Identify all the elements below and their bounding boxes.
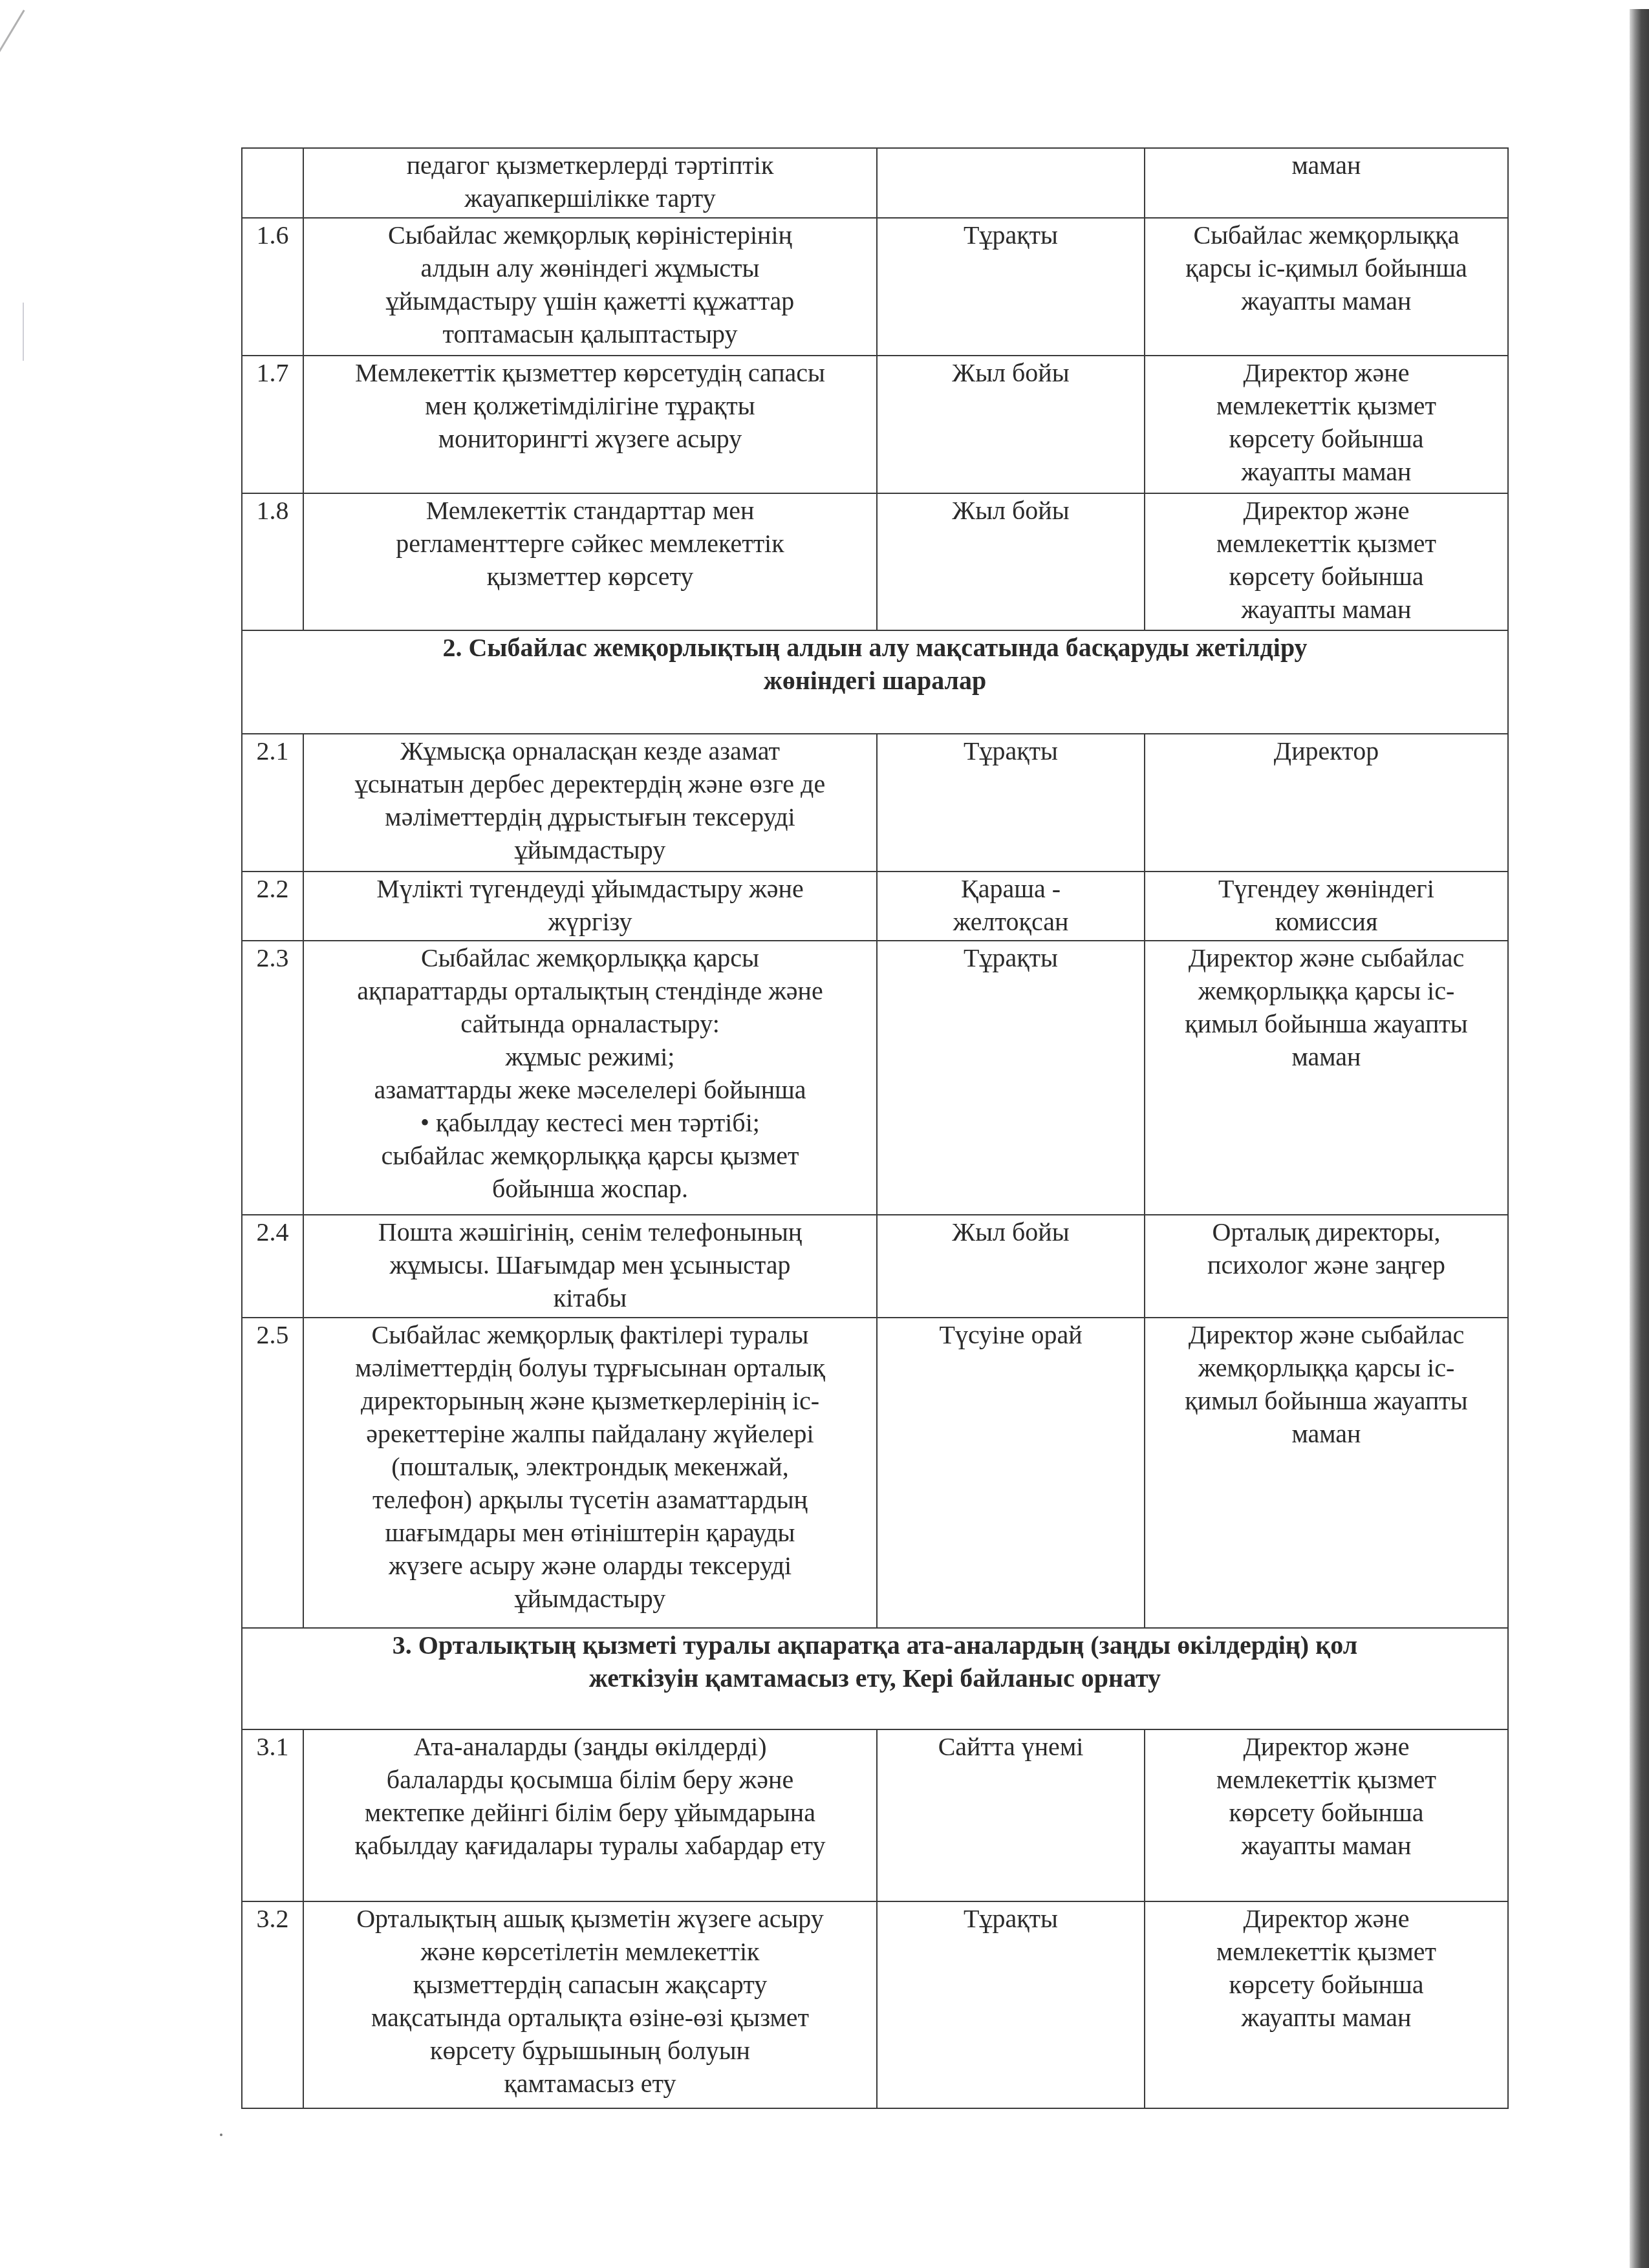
responsible-line: Директор және [1149,494,1503,527]
activity-line: жұмысы. Шағымдар мен ұсыныстар [308,1248,872,1281]
plan-table-body: педагог қызметкерлерді тәртіптікжауапкер… [242,148,1508,2108]
table-row: 2.3Сыбайлас жемқорлыққа қарсыақпараттард… [242,941,1508,1215]
responsible-line: көрсету бойынша [1149,422,1503,455]
timing-cell: Сайтта үнемі [877,1729,1145,1901]
timing-line: Тұрақты [881,941,1140,974]
section-heading: 3. Орталықтың қызметі туралы ақпаратқа а… [242,1628,1508,1729]
responsible-line: маман [1149,1040,1503,1073]
activity-line: ұйымдастыру [308,1582,872,1615]
responsible-line: Директор және сыбайлас [1149,941,1503,974]
activity-line: Пошта жәшігінің, сенім телефонының [308,1215,872,1248]
activity-line: Жұмысқа орналасқан кезде азамат [308,734,872,767]
activity-line: азаматтарды жеке мәселелері бойынша [308,1073,872,1106]
activity-line: сайтында орналастыру: [308,1007,872,1040]
item-number: 2.1 [242,734,303,872]
activity-line: ақпараттарды орталықтың стендінде және [308,974,872,1007]
activity-line: жұмыс режимі; [308,1040,872,1073]
responsible-line: Орталық директоры, [1149,1215,1503,1248]
section-heading: 2. Сыбайлас жемқорлықтың алдын алу мақса… [242,630,1508,734]
table-row: 3.2Орталықтың ашық қызметін жүзеге асыру… [242,1901,1508,2108]
table-row: 3.1Ата-аналарды (заңды өкілдерді)балалар… [242,1729,1508,1901]
activity-line: телефон) арқылы түсетін азаматтардың [308,1483,872,1516]
activity-line: директорының және қызметкерлерінің іс- [308,1384,872,1417]
timing-line: Тұрақты [881,734,1140,767]
table-row: 2.4Пошта жәшігінің, сенім телефоныныңжұм… [242,1215,1508,1318]
activity-line: • қабылдау кестесі мен тәртібі; [308,1106,872,1139]
responsible-cell: Түгендеу жөніндегікомиссия [1145,872,1508,941]
timing-line: Тұрақты [881,219,1140,251]
responsible-line: жауапты маман [1149,284,1503,317]
responsible-line: Түгендеу жөніндегі [1149,872,1503,905]
anti-corruption-plan-table: педагог қызметкерлерді тәртіптікжауапкер… [241,147,1509,2109]
paper-crease-line [0,10,25,299]
timing-line: Жыл бойы [881,494,1140,527]
activity-line: ұйымдастыру [308,833,872,866]
item-number: 3.2 [242,1901,303,2108]
timing-cell: Түсуіне орай [877,1318,1145,1628]
responsible-line: қарсы іс-қимыл бойынша [1149,251,1503,284]
section-3-header: 3. Орталықтың қызметі туралы ақпаратқа а… [242,1628,1508,1729]
timing-cell: Жыл бойы [877,1215,1145,1318]
section-2-header: 2. Сыбайлас жемқорлықтың алдын алу мақса… [242,630,1508,734]
responsible-line: Директор және [1149,1902,1503,1935]
section-title-line: жөніндегі шаралар [246,664,1503,697]
responsible-line: мемлекеттік қызмет [1149,389,1503,422]
table-row: 2.2Мүлікті түгендеуді ұйымдастыру жәнежү… [242,872,1508,941]
timing-line: Сайтта үнемі [881,1730,1140,1763]
table-row: 2.1Жұмысқа орналасқан кезде азаматұсынат… [242,734,1508,872]
responsible-cell: Директор жәнемемлекеттік қызметкөрсету б… [1145,1901,1508,2108]
activity-line: Мемлекеттік қызметтер көрсетудің сапасы [308,356,872,389]
activity-line: мониторингті жүзеге асыру [308,422,872,455]
activity-line: ұйымдастыру үшін қажетті құжаттар [308,284,872,317]
item-number: 2.4 [242,1215,303,1318]
table-row: 1.6Сыбайлас жемқорлық көріністерініңалды… [242,218,1508,356]
responsible-cell: Директор [1145,734,1508,872]
responsible-line: жауапты маман [1149,455,1503,488]
item-number: 1.6 [242,218,303,356]
scan-speck [220,2134,222,2136]
responsible-cell: Директор жәнемемлекеттік қызметкөрсету б… [1145,356,1508,493]
activity-line: жауапкершілікке тарту [308,182,872,215]
responsible-line: жемқорлыққа қарсы іс- [1149,1351,1503,1384]
activity-line: балаларды қосымша білім беру және [308,1763,872,1796]
activity-line: Сыбайлас жемқорлыққа қарсы [308,941,872,974]
responsible-line: мемлекеттік қызмет [1149,1763,1503,1796]
timing-line: желтоқсан [881,905,1140,938]
responsible-line: мемлекеттік қызмет [1149,527,1503,560]
activity-line: Ата-аналарды (заңды өкілдерді) [308,1730,872,1763]
activity-line: әрекеттеріне жалпы пайдалану жүйелері [308,1417,872,1450]
activity-line: Мемлекеттік стандарттар мен [308,494,872,527]
responsible-line: көрсету бойынша [1149,1968,1503,2001]
activity-line: бойынша жоспар. [308,1172,872,1205]
timing-cell: Жыл бойы [877,356,1145,493]
activity-line: мақсатында орталықта өзіне-өзі қызмет [308,2001,872,2034]
paper-crease-tail [23,303,24,361]
activity-line: және көрсетілетін мемлекеттік [308,1935,872,1968]
responsible-line: Директор [1149,734,1503,767]
responsible-cell: Директор жәнемемлекеттік қызметкөрсету б… [1145,1729,1508,1901]
activity-line: регламенттерге сәйкес мемлекеттік [308,527,872,560]
responsible-cell: Сыбайлас жемқорлыққақарсы іс-қимыл бойын… [1145,218,1508,356]
activity-line: алдын алу жөніндегі жұмысты [308,251,872,284]
section-title-line: жеткізуін қамтамасыз ету, Кері байланыс … [246,1662,1503,1695]
activity-line: мәліметтердің болуы тұрғысынан орталық [308,1351,872,1384]
activity-cell: Сыбайлас жемқорлыққа қарсыақпараттарды о… [303,941,877,1215]
timing-cell: Тұрақты [877,941,1145,1215]
activity-line: көрсету бұрышының болуын [308,2034,872,2067]
item-number [242,148,303,218]
responsible-cell: маман [1145,148,1508,218]
responsible-line: Директор және [1149,356,1503,389]
responsible-line: Сыбайлас жемқорлыққа [1149,219,1503,251]
activity-line: Орталықтың ашық қызметін жүзеге асыру [308,1902,872,1935]
responsible-cell: Директор және сыбайласжемқорлыққа қарсы … [1145,1318,1508,1628]
activity-line: мектепке дейінгі білім беру ұйымдарына [308,1796,872,1829]
activity-cell: Ата-аналарды (заңды өкілдерді)балаларды … [303,1729,877,1901]
activity-line: жүзеге асыру және оларды тексеруді [308,1549,872,1582]
activity-line: шағымдары мен өтініштерін қарауды [308,1516,872,1549]
section-title-line: 2. Сыбайлас жемқорлықтың алдын алу мақса… [246,631,1503,664]
scanner-shadow-edge [1630,9,1649,2268]
activity-cell: Мүлікті түгендеуді ұйымдастыру жәнежүргі… [303,872,877,941]
timing-cell: Тұрақты [877,1901,1145,2108]
activity-cell: Сыбайлас жемқорлық фактілері туралымәлім… [303,1318,877,1628]
timing-cell: Тұрақты [877,734,1145,872]
activity-line: қамтамасыз ету [308,2067,872,2100]
activity-line: педагог қызметкерлерді тәртіптік [308,149,872,182]
activity-line: Сыбайлас жемқорлық фактілері туралы [308,1318,872,1351]
responsible-cell: Директор жәнемемлекеттік қызметкөрсету б… [1145,493,1508,630]
responsible-cell: Орталық директоры,психолог және заңгер [1145,1215,1508,1318]
activity-cell: Мемлекеттік стандарттар менрегламенттерг… [303,493,877,630]
activity-line: қабылдау қағидалары туралы хабардар ету [308,1829,872,1862]
activity-line: қызметтер көрсету [308,560,872,593]
activity-line: кітабы [308,1281,872,1314]
item-number: 3.1 [242,1729,303,1901]
timing-cell: Тұрақты [877,218,1145,356]
activity-cell: Сыбайлас жемқорлық көріністерініңалдын а… [303,218,877,356]
activity-line: сыбайлас жемқорлыққа қарсы қызмет [308,1139,872,1172]
responsible-line: көрсету бойынша [1149,1796,1503,1829]
section-title-line: 3. Орталықтың қызметі туралы ақпаратқа а… [246,1629,1503,1662]
activity-line: топтамасын қалыптастыру [308,317,872,350]
activity-line: жүргізу [308,905,872,938]
item-number: 2.5 [242,1318,303,1628]
table-row: 1.7Мемлекеттік қызметтер көрсетудің сапа… [242,356,1508,493]
responsible-line: жауапты маман [1149,593,1503,626]
responsible-line: қимыл бойынша жауапты [1149,1384,1503,1417]
activity-line: мәліметтердің дұрыстығын тексеруді [308,800,872,833]
responsible-line: маман [1149,149,1503,182]
activity-cell: педагог қызметкерлерді тәртіптікжауапкер… [303,148,877,218]
timing-line: Жыл бойы [881,1215,1140,1248]
timing-line: Қараша - [881,872,1140,905]
responsible-line: психолог және заңгер [1149,1248,1503,1281]
responsible-line: Директор және [1149,1730,1503,1763]
responsible-line: жауапты маман [1149,1829,1503,1862]
timing-cell: Қараша -желтоқсан [877,872,1145,941]
timing-cell: Жыл бойы [877,493,1145,630]
table-row: 2.5Сыбайлас жемқорлық фактілері туралымә… [242,1318,1508,1628]
table-row: педагог қызметкерлерді тәртіптікжауапкер… [242,148,1508,218]
table-row: 1.8Мемлекеттік стандарттар менрегламентт… [242,493,1508,630]
activity-line: Мүлікті түгендеуді ұйымдастыру және [308,872,872,905]
activity-cell: Орталықтың ашық қызметін жүзеге асыружән… [303,1901,877,2108]
item-number: 1.7 [242,356,303,493]
item-number: 1.8 [242,493,303,630]
responsible-line: жемқорлыққа қарсы іс- [1149,974,1503,1007]
activity-line: қызметтердің сапасын жақсарту [308,1968,872,2001]
scan-top-margin [0,0,1649,9]
timing-line: Жыл бойы [881,356,1140,389]
timing-cell [877,148,1145,218]
activity-line: (пошталық, электрондық мекенжай, [308,1450,872,1483]
responsible-line: жауапты маман [1149,2001,1503,2034]
item-number: 2.2 [242,872,303,941]
responsible-line: маман [1149,1417,1503,1450]
activity-line: Сыбайлас жемқорлық көріністерінің [308,219,872,251]
responsible-line: комиссия [1149,905,1503,938]
activity-line: ұсынатын дербес деректердің және өзге де [308,767,872,800]
responsible-line: көрсету бойынша [1149,560,1503,593]
responsible-line: қимыл бойынша жауапты [1149,1007,1503,1040]
responsible-cell: Директор және сыбайласжемқорлыққа қарсы … [1145,941,1508,1215]
timing-line: Тұрақты [881,1902,1140,1935]
activity-cell: Пошта жәшігінің, сенім телефоныныңжұмысы… [303,1215,877,1318]
responsible-line: Директор және сыбайлас [1149,1318,1503,1351]
activity-cell: Жұмысқа орналасқан кезде азаматұсынатын … [303,734,877,872]
activity-line: мен қолжетімділігіне тұрақты [308,389,872,422]
item-number: 2.3 [242,941,303,1215]
responsible-line: мемлекеттік қызмет [1149,1935,1503,1968]
timing-line: Түсуіне орай [881,1318,1140,1351]
activity-cell: Мемлекеттік қызметтер көрсетудің сапасым… [303,356,877,493]
